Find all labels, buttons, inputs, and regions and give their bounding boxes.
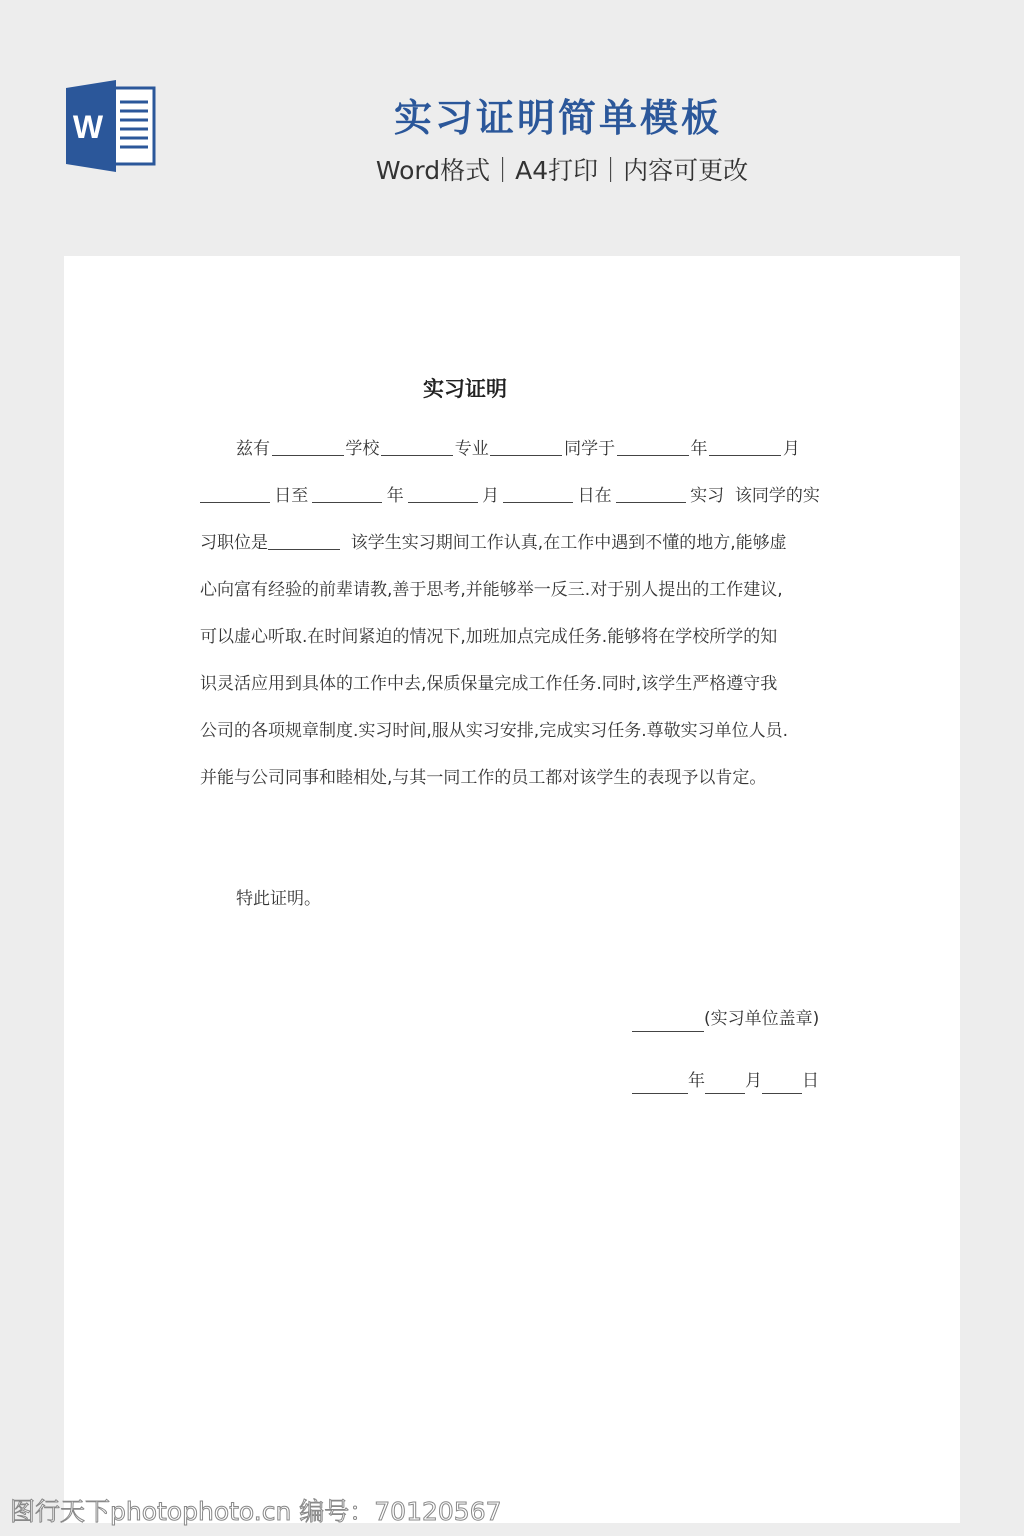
paragraph-line-5: 可以虚心听取.在时间紧迫的情况下,加班加点完成任务.能够将在学校所学的知 <box>200 624 820 650</box>
date-day-label: 日 <box>802 1068 819 1094</box>
text-segment: 月 <box>482 483 499 509</box>
fill-blank-seal[interactable] <box>632 1012 704 1032</box>
fill-blank-end-year[interactable] <box>312 483 382 503</box>
text-segment: 习职位是 <box>200 530 268 556</box>
fill-blank-end-day[interactable] <box>503 483 573 503</box>
fill-blank-name[interactable] <box>272 436 344 456</box>
document-title: 实习证明 <box>0 374 930 404</box>
fill-blank-start-month[interactable] <box>709 436 781 456</box>
fill-blank-end-month[interactable] <box>408 483 478 503</box>
paragraph-line-7: 公司的各项规章制度.实习时间,服从实习安排,完成实习任务.尊敬实习单位人员. <box>200 718 820 744</box>
fill-blank-start-day[interactable] <box>200 483 270 503</box>
fill-blank-company[interactable] <box>616 483 686 503</box>
fill-blank-major[interactable] <box>490 436 562 456</box>
fill-blank-position[interactable] <box>268 530 340 550</box>
paragraph-line-2: 日至 年 月 日在 实习 该同学的实 <box>200 483 820 509</box>
paragraph-line-4: 心向富有经验的前辈请教,善于思考,并能够举一反三.对于别人提出的工作建议, <box>200 577 820 603</box>
date-line: 年 月 日 <box>632 1068 819 1094</box>
text-segment: 公司的各项规章制度.实习时间,服从实习安排,完成实习任务.尊敬实习单位人员. <box>200 718 788 744</box>
paragraph-line-8: 并能与公司同事和睦相处,与其一同工作的员工都对该学生的表现予以肯定。 <box>200 765 820 791</box>
watermark-text: 图行天下photophoto.cn 编号：70120567 <box>10 1492 502 1528</box>
fill-blank-sign-year[interactable] <box>632 1074 688 1094</box>
date-year-label: 年 <box>688 1068 705 1094</box>
text-segment: 年 <box>691 436 708 462</box>
paragraph-line-6: 识灵活应用到具体的工作中去,保质保量完成工作任务.同时,该学生严格遵守我 <box>200 671 820 697</box>
text-segment: 日在 <box>578 483 612 509</box>
fill-blank-sign-day[interactable] <box>762 1074 802 1094</box>
text-segment: 月 <box>783 436 800 462</box>
seal-line: (实习单位盖章) <box>632 1006 819 1032</box>
fill-blank-start-year[interactable] <box>617 436 689 456</box>
seal-label: (实习单位盖章) <box>704 1006 819 1032</box>
date-month-label: 月 <box>745 1068 762 1094</box>
fill-blank-sign-month[interactable] <box>705 1074 745 1094</box>
text-segment: 心向富有经验的前辈请教,善于思考,并能够举一反三.对于别人提出的工作建议, <box>200 577 783 603</box>
text-segment: 专业 <box>455 436 489 462</box>
text-segment: 实习 该同学的实 <box>690 483 820 509</box>
text-segment: 可以虚心听取.在时间紧迫的情况下,加班加点完成任务.能够将在学校所学的知 <box>200 624 777 650</box>
header-title: 实习证明简单模板 <box>0 94 1024 142</box>
text-segment: 兹有 <box>236 436 270 462</box>
text-segment: 同学于 <box>564 436 615 462</box>
header-subtitle: Word格式｜A4打印｜内容可更改 <box>0 154 1024 188</box>
text-segment: 并能与公司同事和睦相处,与其一同工作的员工都对该学生的表现予以肯定。 <box>200 765 766 791</box>
text-segment: 日至 <box>274 483 308 509</box>
text-segment: 该学生实习期间工作认真,在工作中遇到不懂的地方,能够虚 <box>340 530 787 556</box>
text-segment: 年 <box>387 483 404 509</box>
text-segment: 识灵活应用到具体的工作中去,保质保量完成工作任务.同时,该学生严格遵守我 <box>200 671 777 697</box>
text-segment: 学校 <box>345 436 379 462</box>
paragraph-line-1: 兹有 学校 专业 同学于 年 月 <box>236 436 800 462</box>
closing-statement: 特此证明。 <box>236 886 321 912</box>
fill-blank-school[interactable] <box>381 436 453 456</box>
paragraph-line-3: 习职位是 该学生实习期间工作认真,在工作中遇到不懂的地方,能够虚 <box>200 530 820 556</box>
